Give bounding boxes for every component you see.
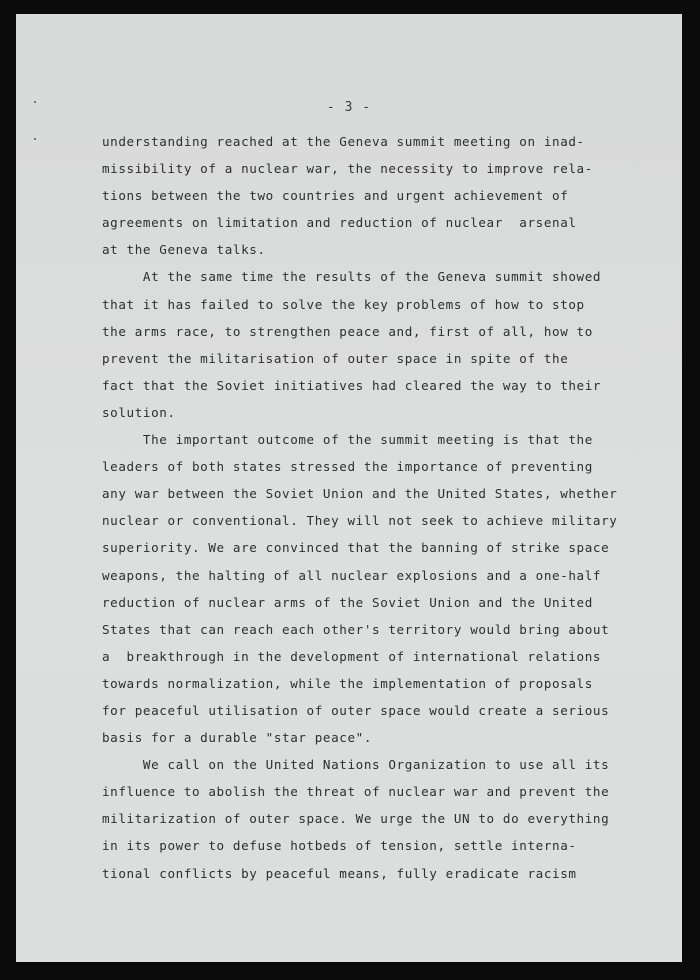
text-line: a breakthrough in the development of int… — [102, 643, 642, 670]
stray-mark — [34, 138, 36, 140]
text-line: leaders of both states stressed the impo… — [102, 453, 642, 480]
text-line: in its power to defuse hotbeds of tensio… — [102, 832, 642, 859]
paragraph: The important outcome of the summit meet… — [102, 426, 642, 751]
text-line: agreements on limitation and reduction o… — [102, 209, 642, 236]
paragraph: At the same time the results of the Gene… — [102, 263, 642, 426]
text-line: militarization of outer space. We urge t… — [102, 805, 642, 832]
text-line: that it has failed to solve the key prob… — [102, 291, 642, 318]
text-line: any war between the Soviet Union and the… — [102, 480, 642, 507]
text-line: at the Geneva talks. — [102, 236, 642, 263]
document-page: - 3 - understanding reached at the Genev… — [16, 14, 682, 962]
text-line: the arms race, to strengthen peace and, … — [102, 318, 642, 345]
page-number: - 3 - — [16, 100, 682, 115]
text-line: tional conflicts by peaceful means, full… — [102, 860, 642, 887]
text-line: nuclear or conventional. They will not s… — [102, 507, 642, 534]
text-line: reduction of nuclear arms of the Soviet … — [102, 589, 642, 616]
text-line: solution. — [102, 399, 642, 426]
text-line: understanding reached at the Geneva summ… — [102, 128, 642, 155]
text-line: States that can reach each other's terri… — [102, 616, 642, 643]
text-line: prevent the militarisation of outer spac… — [102, 345, 642, 372]
text-line: We call on the United Nations Organizati… — [102, 751, 642, 778]
text-line: influence to abolish the threat of nucle… — [102, 778, 642, 805]
paragraph: We call on the United Nations Organizati… — [102, 751, 642, 886]
text-line: basis for a durable "star peace". — [102, 724, 642, 751]
text-line: weapons, the halting of all nuclear expl… — [102, 562, 642, 589]
text-line: The important outcome of the summit meet… — [102, 426, 642, 453]
paragraph: understanding reached at the Geneva summ… — [102, 128, 642, 263]
text-line: At the same time the results of the Gene… — [102, 263, 642, 290]
text-line: superiority. We are convinced that the b… — [102, 534, 642, 561]
text-line: towards normalization, while the impleme… — [102, 670, 642, 697]
body-text: understanding reached at the Geneva summ… — [102, 128, 642, 887]
text-line: for peaceful utilisation of outer space … — [102, 697, 642, 724]
text-line: fact that the Soviet initiatives had cle… — [102, 372, 642, 399]
text-line: tions between the two countries and urge… — [102, 182, 642, 209]
text-line: missibility of a nuclear war, the necess… — [102, 155, 642, 182]
